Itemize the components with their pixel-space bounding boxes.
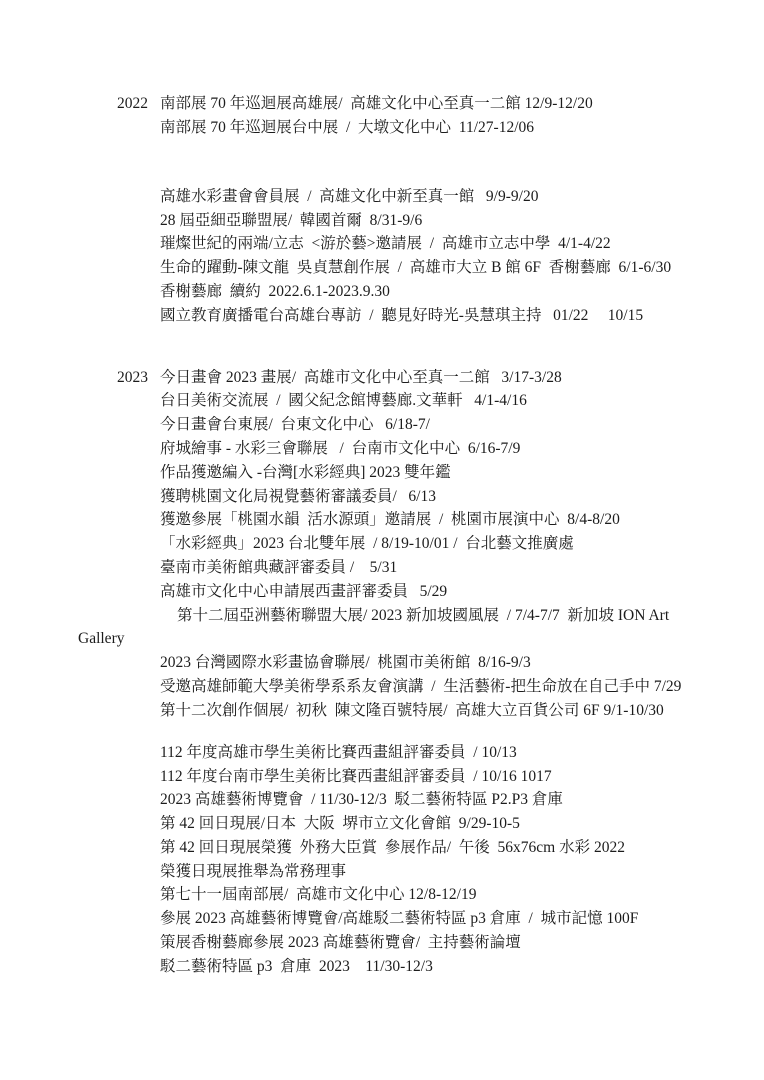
exhibition-entry: Gallery [0, 627, 764, 651]
exhibition-entry: 第 42 回日現展榮獲 外務大臣賞 參展作品/ 午後 56x76cm 水彩 20… [0, 836, 764, 860]
entry-text: 2023 台灣國際水彩畫協會聯展/ 桃園市美術館 8/16-9/3 [160, 654, 531, 671]
exhibition-entry: 高雄水彩畫會會員展 / 高雄文化中新至真一館 9/9-9/20 [0, 185, 764, 209]
exhibition-entry: 榮獲日現展推舉為常務理事 [0, 860, 764, 884]
entry-text: 2023 高雄藝術博覽會 / 11/30-12/3 駁二藝術特區 P2.P3 倉… [160, 791, 563, 808]
entry-text: 駁二藝術特區 p3 倉庫 2023 11/30-12/3 [160, 958, 433, 975]
exhibition-entry: 南部展 70 年巡迴展台中展 / 大墩文化中心 11/27-12/06 [0, 116, 764, 140]
exhibition-entry: 第 42 回日現展/日本 大阪 堺市立文化會館 9/29-10-5 [0, 812, 764, 836]
exhibition-entry: 2023今日畫會 2023 畫展/ 高雄市文化中心至真一二館 3/17-3/28 [0, 366, 764, 390]
entry-text: 第七十一屆南部展/ 高雄市文化中心 12/8-12/19 [160, 886, 476, 903]
entry-text: 今日畫會台東展/ 台東文化中心 6/18-7/ [160, 416, 430, 433]
entry-text: 國立教育廣播電台高雄台專訪 / 聽見好時光-吳慧琪主持 01/22 10/15 [160, 307, 643, 324]
exhibition-entry: 府城繪事 - 水彩三會聯展 / 台南市文化中心 6/16-7/9 [0, 437, 764, 461]
exhibition-entry: 獲邀參展「桃園水韻 活水源頭」邀請展 / 桃園市展演中心 8/4-8/20 [0, 508, 764, 532]
exhibition-entry: 112 年度高雄市學生美術比賽西畫組評審委員 / 10/13 [0, 741, 764, 765]
entry-text: 策展香榭藝廊參展 2023 高雄藝術覽會/ 主持藝術論壇 [160, 934, 521, 951]
exhibition-entry: 112 年度台南市學生美術比賽西畫組評審委員 / 10/16 1017 [0, 765, 764, 789]
entry-text: 府城繪事 - 水彩三會聯展 / 台南市文化中心 6/16-7/9 [160, 440, 520, 457]
entry-text: 台日美術交流展 / 國父紀念館博藝廊.文華軒 4/1-4/16 [160, 392, 527, 409]
entry-text: 受邀高雄師範大學美術學系系友會演講 / 生活藝術-把生命放在自己手中 7/29 [160, 678, 681, 695]
exhibition-entry: 生命的躍動-陳文龍 吳貞慧創作展 / 高雄市大立 B 館 6F 香榭藝廊 6/1… [0, 256, 764, 280]
exhibition-entry: 「水彩經典」2023 台北雙年展 / 8/19-10/01 / 台北藝文推廣處 [0, 532, 764, 556]
entry-text: 112 年度高雄市學生美術比賽西畫組評審委員 / 10/13 [160, 744, 517, 761]
exhibition-entry: 受邀高雄師範大學美術學系系友會演講 / 生活藝術-把生命放在自己手中 7/29 [0, 675, 764, 699]
exhibition-entry: 第十二屆亞洲藝術聯盟大展/ 2023 新加坡國風展 / 7/4-7/7 新加坡 … [0, 604, 764, 628]
entry-text: 高雄市文化中心申請展西畫評審委員 5/29 [160, 583, 447, 600]
entry-text: 112 年度台南市學生美術比賽西畫組評審委員 / 10/16 1017 [160, 768, 552, 785]
entry-text: 今日畫會 2023 畫展/ 高雄市文化中心至真一二館 3/17-3/28 [160, 369, 562, 386]
document-page: 2022南部展 70 年巡迴展高雄展/ 高雄文化中心至真一二館 12/9-12/… [0, 0, 764, 1080]
entry-text: 生命的躍動-陳文龍 吳貞慧創作展 / 高雄市大立 B 館 6F 香榭藝廊 6/1… [160, 259, 671, 276]
exhibition-entry: 璀燦世紀的兩端/立志 <游於藝>邀請展 / 高雄市立志中學 4/1-4/22 [0, 232, 764, 256]
exhibition-entry: 臺南市美術館典藏評審委員 / 5/31 [0, 556, 764, 580]
entry-text: 第 42 回日現展/日本 大阪 堺市立文化會館 9/29-10-5 [160, 815, 520, 832]
exhibition-entry: 28 屆亞細亞聯盟展/ 韓國首爾 8/31-9/6 [0, 209, 764, 233]
entry-text: 南部展 70 年巡迴展高雄展/ 高雄文化中心至真一二館 12/9-12/20 [160, 95, 593, 112]
entry-text: 第 42 回日現展榮獲 外務大臣賞 參展作品/ 午後 56x76cm 水彩 20… [160, 839, 625, 856]
entry-text: 第十二次創作個展/ 初秋 陳文隆百號特展/ 高雄大立百貨公司 6F 9/1-10… [160, 702, 664, 719]
exhibition-entry: 2022南部展 70 年巡迴展高雄展/ 高雄文化中心至真一二館 12/9-12/… [0, 92, 764, 116]
entry-text: 榮獲日現展推舉為常務理事 [160, 863, 346, 880]
entry-text: 高雄水彩畫會會員展 / 高雄文化中新至真一館 9/9-9/20 [160, 188, 538, 205]
entry-text: 南部展 70 年巡迴展台中展 / 大墩文化中心 11/27-12/06 [160, 119, 534, 136]
year-label: 2023 [117, 366, 148, 390]
exhibition-entry: 參展 2023 高雄藝術博覽會/高雄駁二藝術特區 p3 倉庫 / 城市記憶 10… [0, 907, 764, 931]
year-label: 2022 [117, 92, 148, 116]
exhibition-entry: 第十二次創作個展/ 初秋 陳文隆百號特展/ 高雄大立百貨公司 6F 9/1-10… [0, 699, 764, 723]
exhibition-entry: 2023 台灣國際水彩畫協會聯展/ 桃園市美術館 8/16-9/3 [0, 651, 764, 675]
blank-space [0, 328, 764, 366]
entry-text: 第十二屆亞洲藝術聯盟大展/ 2023 新加坡國風展 / 7/4-7/7 新加坡 … [177, 607, 669, 624]
blank-space [0, 723, 764, 741]
entry-text: 臺南市美術館典藏評審委員 / 5/31 [160, 559, 397, 576]
exhibition-entry: 今日畫會台東展/ 台東文化中心 6/18-7/ [0, 413, 764, 437]
exhibition-entry: 國立教育廣播電台高雄台專訪 / 聽見好時光-吳慧琪主持 01/22 10/15 [0, 304, 764, 328]
blank-space [0, 140, 764, 185]
exhibition-entry: 高雄市文化中心申請展西畫評審委員 5/29 [0, 580, 764, 604]
document-content: 2022南部展 70 年巡迴展高雄展/ 高雄文化中心至真一二館 12/9-12/… [0, 0, 764, 979]
exhibition-entry: 獲聘桃園文化局視覺藝術審議委員/ 6/13 [0, 485, 764, 509]
entry-text: 璀燦世紀的兩端/立志 <游於藝>邀請展 / 高雄市立志中學 4/1-4/22 [160, 235, 611, 252]
exhibition-entry: 第七十一屆南部展/ 高雄市文化中心 12/8-12/19 [0, 883, 764, 907]
entry-text: 獲聘桃園文化局視覺藝術審議委員/ 6/13 [160, 488, 436, 505]
entry-text: 香榭藝廊 續約 2022.6.1-2023.9.30 [160, 283, 390, 300]
exhibition-entry: 台日美術交流展 / 國父紀念館博藝廊.文華軒 4/1-4/16 [0, 389, 764, 413]
exhibition-entry: 2023 高雄藝術博覽會 / 11/30-12/3 駁二藝術特區 P2.P3 倉… [0, 788, 764, 812]
exhibition-entry: 作品獲邀編入 -台灣[水彩經典] 2023 雙年鑑 [0, 461, 764, 485]
entry-text: 「水彩經典」2023 台北雙年展 / 8/19-10/01 / 台北藝文推廣處 [160, 535, 574, 552]
entry-text: 28 屆亞細亞聯盟展/ 韓國首爾 8/31-9/6 [160, 212, 422, 229]
exhibition-entry: 香榭藝廊 續約 2022.6.1-2023.9.30 [0, 280, 764, 304]
entry-text: 獲邀參展「桃園水韻 活水源頭」邀請展 / 桃園市展演中心 8/4-8/20 [160, 511, 620, 528]
entry-text: Gallery [78, 630, 124, 647]
entry-text: 作品獲邀編入 -台灣[水彩經典] 2023 雙年鑑 [160, 464, 451, 481]
exhibition-entry: 駁二藝術特區 p3 倉庫 2023 11/30-12/3 [0, 955, 764, 979]
exhibition-entry: 策展香榭藝廊參展 2023 高雄藝術覽會/ 主持藝術論壇 [0, 931, 764, 955]
entry-text: 參展 2023 高雄藝術博覽會/高雄駁二藝術特區 p3 倉庫 / 城市記憶 10… [160, 910, 638, 927]
